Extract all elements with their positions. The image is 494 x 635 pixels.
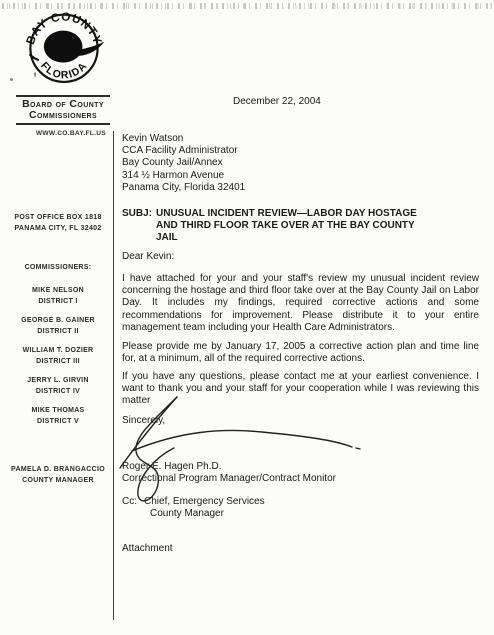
website-url: WWW.CO.BAY.FL.US bbox=[0, 130, 106, 137]
recipient-name: Kevin Watson bbox=[122, 133, 245, 145]
commissioner-district: DISTRICT II bbox=[2, 326, 114, 337]
cc-label: Cc: bbox=[122, 496, 137, 508]
seal-center-blob bbox=[44, 31, 83, 63]
manager-title: COUNTY MANAGER bbox=[2, 475, 114, 486]
commissioner-entry: JERRY L. GIRVIN DISTRICT IV bbox=[2, 375, 114, 397]
attachment-note: Attachment bbox=[122, 543, 173, 555]
recipient-block: Kevin Watson CCA Facility Administrator … bbox=[122, 133, 245, 194]
commissioner-district: DISTRICT V bbox=[2, 416, 114, 427]
svg-text:FLORIDA: FLORIDA bbox=[38, 60, 90, 82]
county-seal: BAY COUNTY FLORIDA bbox=[22, 8, 106, 92]
cc-line: County Manager bbox=[150, 508, 265, 520]
manager-name: PAMELA D. BRANGACCIO bbox=[2, 464, 114, 475]
body-paragraph-2: Please provide me by January 17, 2005 a … bbox=[122, 341, 479, 365]
letter-date: December 22, 2004 bbox=[233, 96, 321, 108]
body-paragraph-1: I have attached for your and your staff'… bbox=[122, 273, 479, 334]
commissioner-entry: MIKE NELSON DISTRICT I bbox=[2, 285, 114, 307]
commissioner-name: WILLIAM T. DOZIER bbox=[2, 345, 114, 356]
commissioner-name: JERRY L. GIRVIN bbox=[2, 375, 114, 386]
cc-line: Chief, Emergency Services bbox=[144, 496, 265, 508]
po-line2: PANAMA CITY, FL 32402 bbox=[2, 223, 114, 234]
body-paragraph-3: If you have any questions, please contac… bbox=[122, 371, 479, 408]
commissioner-entry: MIKE THOMAS DISTRICT V bbox=[2, 405, 114, 427]
po-address: POST OFFICE BOX 1818 PANAMA CITY, FL 324… bbox=[2, 212, 114, 234]
scan-speck bbox=[10, 78, 13, 81]
subject-line: UNUSUAL INCIDENT REVIEW—LABOR DAY HOSTAG… bbox=[156, 208, 417, 220]
commissioner-name: GEORGE B. GAINER bbox=[2, 315, 114, 326]
recipient-org: Bay County Jail/Annex bbox=[122, 157, 245, 169]
recipient-title: CCA Facility Administrator bbox=[122, 145, 245, 157]
org-name-box: Board of County Commissioners bbox=[16, 95, 110, 125]
commissioners-list: MIKE NELSON DISTRICT I GEORGE B. GAINER … bbox=[2, 285, 114, 435]
signer-block: Roger E. Hagen Ph.D. Correctional Progra… bbox=[122, 461, 336, 485]
closing: Sincerely, bbox=[122, 415, 165, 427]
org-name-line2: Commissioners bbox=[16, 110, 110, 121]
subject-line: JAIL bbox=[156, 232, 417, 244]
signer-title: Correctional Program Manager/Contract Mo… bbox=[122, 473, 336, 485]
subject-block: SUBJ: UNUSUAL INCIDENT REVIEW—LABOR DAY … bbox=[122, 208, 417, 245]
commissioners-label: COMMISSIONERS: bbox=[2, 262, 114, 273]
subject-line: AND THIRD FLOOR TAKE OVER AT THE BAY COU… bbox=[156, 220, 417, 232]
scanned-letter-page: BAY COUNTY FLORIDA Board of County Commi… bbox=[0, 0, 494, 635]
commissioner-district: DISTRICT IV bbox=[2, 386, 114, 397]
commissioner-name: MIKE THOMAS bbox=[2, 405, 114, 416]
divider-line bbox=[113, 131, 114, 620]
commissioner-entry: GEORGE B. GAINER DISTRICT II bbox=[2, 315, 114, 337]
county-manager-block: PAMELA D. BRANGACCIO COUNTY MANAGER bbox=[2, 464, 114, 486]
seal-bottom-text: FLORIDA bbox=[38, 60, 90, 82]
recipient-street: 314 ½ Harmon Avenue bbox=[122, 170, 245, 182]
salutation: Dear Kevin: bbox=[122, 251, 174, 263]
commissioner-entry: WILLIAM T. DOZIER DISTRICT III bbox=[2, 345, 114, 367]
commissioner-name: MIKE NELSON bbox=[2, 285, 114, 296]
signer-name: Roger E. Hagen Ph.D. bbox=[122, 461, 336, 473]
subject-label: SUBJ: bbox=[122, 208, 152, 220]
commissioner-district: DISTRICT III bbox=[2, 356, 114, 367]
cc-block: Cc: Chief, Emergency Services County Man… bbox=[122, 496, 265, 520]
po-line1: POST OFFICE BOX 1818 bbox=[2, 212, 114, 223]
recipient-city: Panama City, Florida 32401 bbox=[122, 182, 245, 194]
commissioner-district: DISTRICT I bbox=[2, 296, 114, 307]
